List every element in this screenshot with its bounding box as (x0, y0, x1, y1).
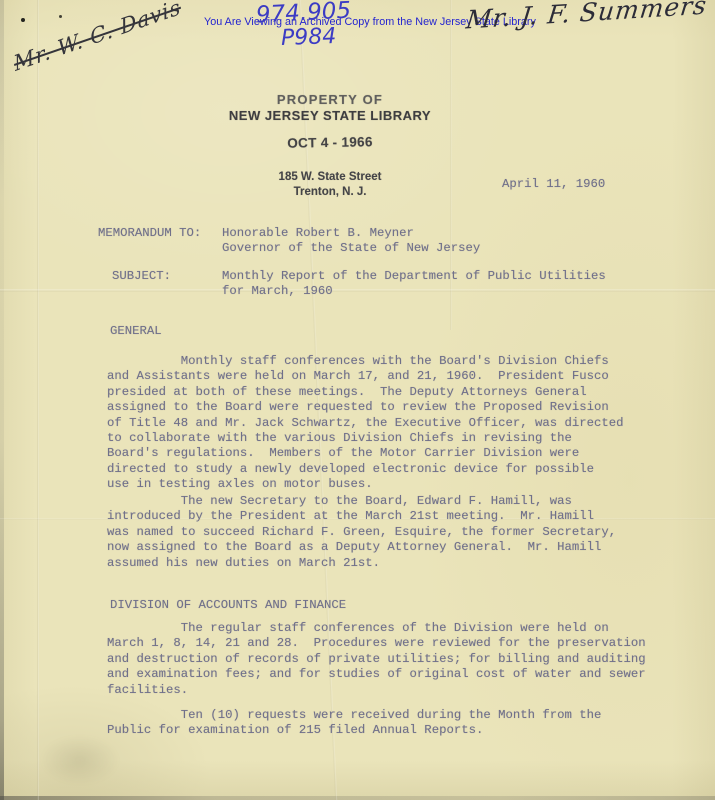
scan-edge-bottom (0, 796, 715, 800)
staple-mark-dot (59, 15, 62, 18)
scan-edge-left (0, 0, 4, 800)
handwritten-name-top-right: Mr. J. F. Summers (465, 0, 709, 34)
letter-date: April 11, 1960 (502, 177, 605, 192)
library-stamp-property-of: PROPERTY OF (230, 92, 430, 107)
letterhead-address-city: Trenton, N. J. (255, 186, 405, 198)
letterhead-address-street: 185 W. State Street (255, 171, 405, 183)
memo-subject-label: SUBJECT: (112, 269, 171, 284)
library-stamp-name: NEW JERSEY STATE LIBRARY (205, 108, 455, 123)
memo-subject-value: Monthly Report of the Department of Publ… (222, 269, 606, 300)
pencil-smudge (40, 735, 120, 785)
handwritten-name-crossed-out: Mr. W. C. Davis (12, 0, 183, 76)
memo-to-value: Honorable Robert B. Meyner Governor of t… (222, 226, 480, 257)
staple-mark-dot (21, 18, 25, 22)
memo-to-label: MEMORANDUM TO: (98, 226, 201, 241)
typed-paragraph: Monthly staff conferences with the Board… (107, 354, 624, 493)
scanned-document-page: You Are Viewing an Archived Copy from th… (0, 0, 715, 800)
library-date-stamp: OCT 4 - 1966 (270, 134, 390, 151)
typed-paragraph: Ten (10) requests were received during t… (107, 708, 601, 739)
section-heading-general: GENERAL (110, 324, 162, 339)
handwritten-call-number-bottom: P984 (281, 24, 337, 51)
typed-paragraph: The new Secretary to the Board, Edward F… (107, 494, 616, 571)
fold-crease-vertical-left (37, 0, 39, 800)
section-heading-accounts-finance: DIVISION OF ACCOUNTS AND FINANCE (110, 598, 346, 613)
typed-paragraph: The regular staff conferences of the Div… (107, 621, 646, 698)
